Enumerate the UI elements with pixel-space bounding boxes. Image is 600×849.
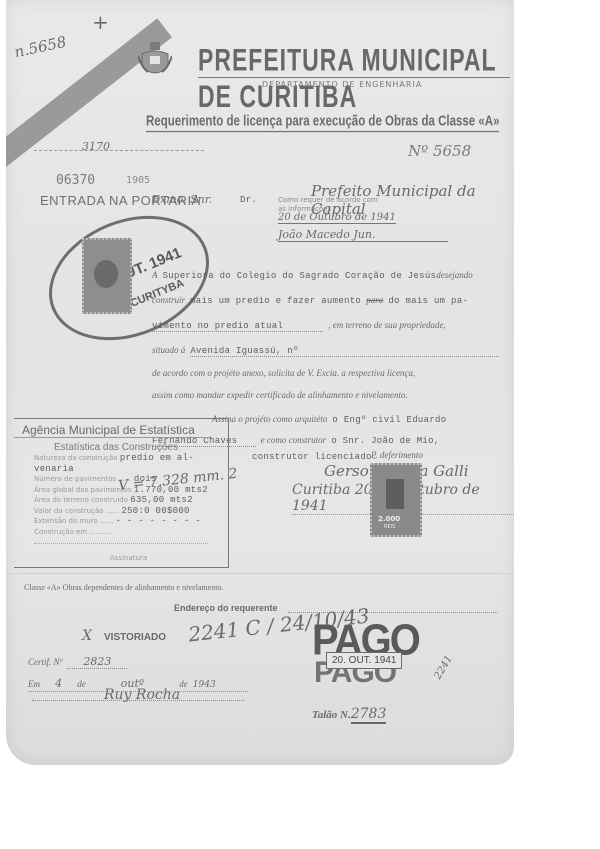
statistics-footer: Assinatura xyxy=(34,543,208,562)
page-title: PREFEITURA MUNICIPAL DE CURITIBA xyxy=(198,42,514,115)
section-divider xyxy=(6,573,514,574)
class-note: Classe «A» Obras dependentes de alinhame… xyxy=(24,583,224,592)
dispatch-signature: João Macedo Jun. xyxy=(278,228,448,242)
addressee-title: Dr. xyxy=(240,195,257,205)
stat-row: Extensão do muro ...... - - - - - - - - xyxy=(34,516,228,527)
addressee-prefix: Exmo. Snr. xyxy=(152,193,212,206)
form-title: Requerimento de licença para execução de… xyxy=(146,114,499,132)
entry-stamp-number: 06370 xyxy=(56,173,95,188)
body-line-2: construir mais um predio e fazer aumento… xyxy=(152,287,512,312)
body-line-4: situado á Avenida Iguassú, nº xyxy=(152,337,512,362)
statistics-subtitle: Estatística das Construções xyxy=(14,438,228,453)
body-line-1: A Superiora do Colegio do Sagrado Coraçã… xyxy=(152,262,512,287)
stat-row: Construção em .......... xyxy=(34,527,228,538)
stat-row: Área do terreno construido 635,00 mts2 xyxy=(34,495,228,506)
coat-of-arms-icon xyxy=(138,42,172,86)
statistics-title: Agência Municipal de Estatística xyxy=(14,419,212,438)
body-line-5: de acordo com o projéto anexo, solicita … xyxy=(152,362,512,384)
revenue-stamp: 2.000 REIS xyxy=(370,463,422,537)
talao-line: Talão N.2783 xyxy=(312,703,386,722)
department-label: DEPARTAMENTO DE ENGENHARIA xyxy=(262,80,422,89)
revenue-stamp-unit: REIS xyxy=(384,524,395,530)
inspection-label: VISTORIADO xyxy=(104,632,166,643)
inspection-mark: X xyxy=(82,628,92,644)
dispatch-line1: Como requer de acordo com xyxy=(278,196,378,204)
inspector-signature-line xyxy=(32,700,244,701)
form-number: Nº 5658 xyxy=(408,142,471,160)
statistics-rows: Natureza da construção predio em al-vena… xyxy=(14,453,228,537)
body-line-6: assim como mandar expedir certificado de… xyxy=(152,384,512,406)
corner-mark: + xyxy=(92,10,109,34)
deferral-label: P. deferimento xyxy=(371,450,423,460)
stat-row: Valor da construção ...... 250:0 00$000 xyxy=(34,506,228,517)
title-rule xyxy=(198,77,510,78)
dispatch-date: 20 de Outubro de 1941 xyxy=(278,212,396,224)
requester-address-label: Endereço do requerente xyxy=(174,603,278,613)
body-line-3: vimento no predio atual , em terreno de … xyxy=(152,312,512,337)
corner-number: n.5658 xyxy=(13,33,68,62)
document-page: n.5658 + PREFEITURA MUNICIPAL DE CURITIB… xyxy=(6,0,514,765)
postage-stamp xyxy=(82,238,132,314)
entry-stamp: 06370 1905 ENTRADA NA PORTARIA xyxy=(34,150,204,229)
paid-stamp-date: 20. OUT. 1941 xyxy=(326,652,402,669)
entry-stamp-partial: 1905 xyxy=(126,175,150,186)
certificate-line: Certif. Nº 2823 xyxy=(28,650,138,669)
revenue-stamp-value: 2.000 xyxy=(378,515,400,523)
paid-stamp: PAGO PAGO 20. OUT. 1941 xyxy=(306,622,436,712)
